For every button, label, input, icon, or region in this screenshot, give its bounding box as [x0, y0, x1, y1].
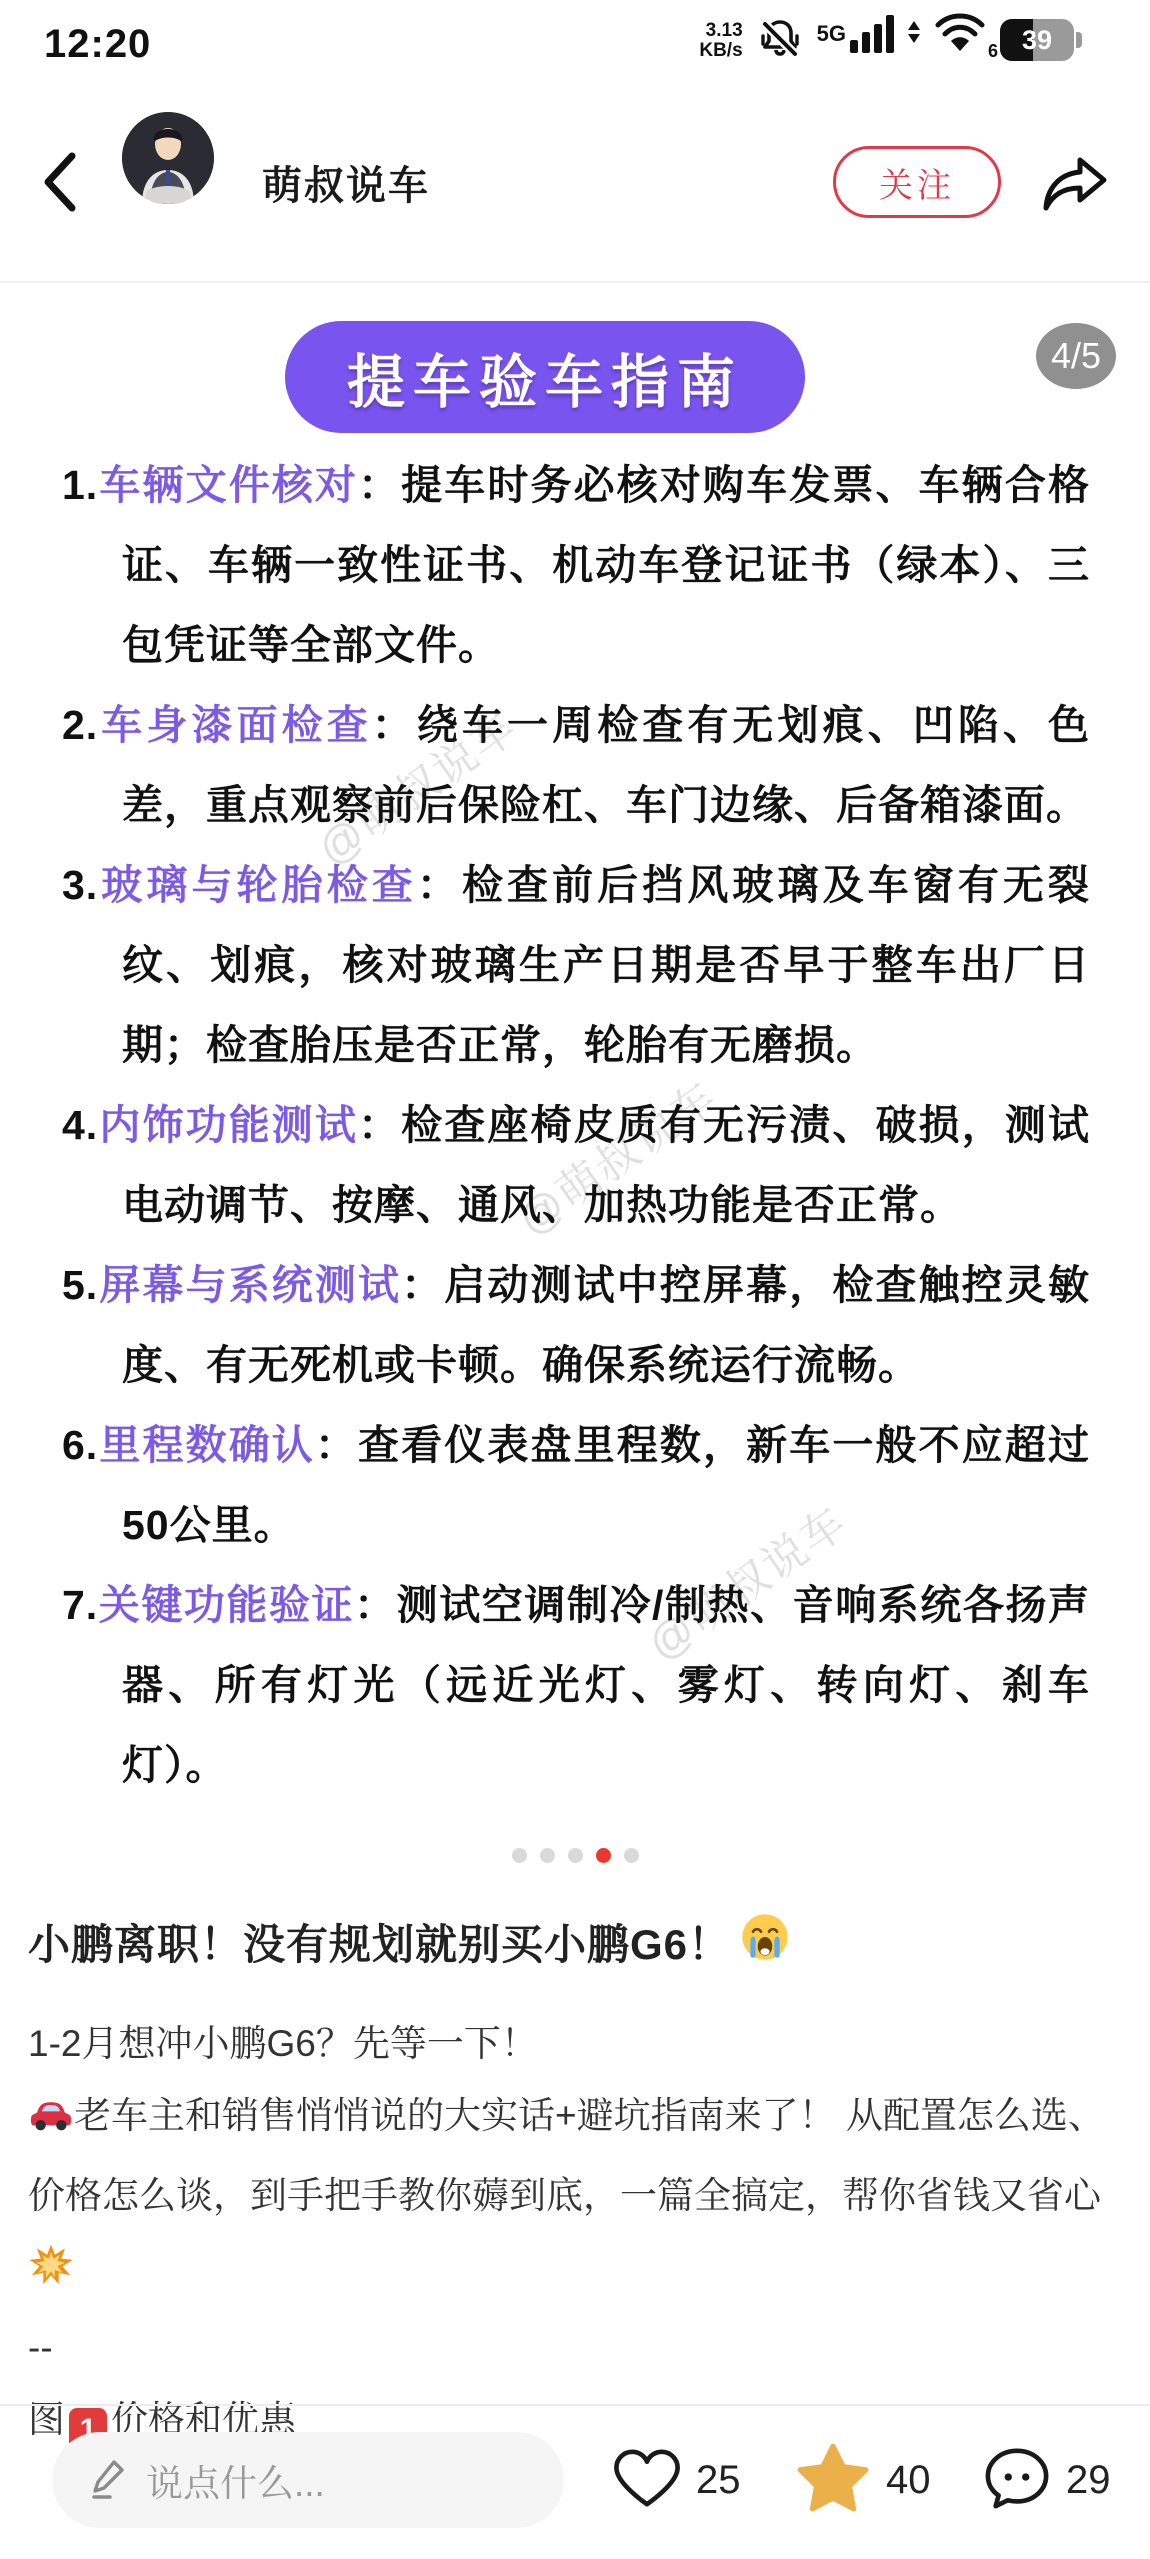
mute-bell-icon [757, 16, 803, 67]
body-paragraph: 老车主和销售悄悄说的大实话+避坑指南来了！ 从配置怎么选、价格怎么谈，到手把手教… [28, 2080, 1124, 2312]
comment-count: 29 [1066, 2458, 1111, 2503]
collision-emoji [28, 2240, 74, 2312]
checklist-item: 6.里程数确认：查看仪表盘里程数，新车一般不应超过50公里。 [62, 1405, 1090, 1565]
checklist-item: 7.关键功能验证：测试空调制冷/制热、音响系统各扬声器、所有灯光（远近光灯、雾灯… [62, 1565, 1090, 1805]
back-button[interactable] [38, 142, 90, 222]
pagination-dot-active [596, 1848, 611, 1863]
red-car-emoji [28, 2088, 74, 2160]
follow-button[interactable]: 关注 [833, 146, 1001, 218]
wifi-icon: 6 [934, 11, 986, 58]
inspection-checklist: 1.车辆文件核对：提车时务必核对购车发票、车辆合格证、车辆一致性证书、机动车登记… [62, 445, 1090, 1805]
loudly-crying-face-emoji [741, 1913, 789, 1971]
network-type-label: 5G [817, 21, 846, 47]
like-count: 25 [696, 2458, 741, 2503]
post-title: 小鹏离职！没有规划就别买小鹏G6！ [28, 1912, 1122, 1972]
battery-cap [1076, 32, 1082, 48]
like-button[interactable]: 25 [614, 2432, 741, 2528]
avatar[interactable] [122, 112, 214, 204]
battery-icon: 39 [1000, 19, 1074, 61]
body-dashes: -- [28, 2312, 1124, 2384]
collect-count: 40 [886, 2458, 931, 2503]
clock: 12:20 [44, 22, 151, 67]
status-icons: 3.13 KB/s 5G [699, 0, 1082, 82]
share-button[interactable] [1040, 150, 1110, 214]
chevron-left-icon [38, 150, 82, 214]
nav-header: 萌叔说车 关注 [0, 82, 1150, 282]
page-indicator-badge: 4/5 [1036, 323, 1116, 389]
battery-percent: 39 [1000, 19, 1074, 61]
body-line: 1-2月想冲小鹏G6？先等一下！ [28, 2008, 1124, 2080]
checklist-item: 2.车身漆面检查：绕车一周检查有无划痕、凹陷、色差，重点观察前后保险杠、车门边缘… [62, 685, 1090, 845]
comment-bubble-icon [984, 2446, 1050, 2515]
pagination-dot [624, 1848, 639, 1863]
status-bar: 12:20 3.13 KB/s 5G [0, 0, 1150, 82]
wifi-activity-arrows [908, 21, 920, 43]
comment-button[interactable]: 29 [984, 2432, 1111, 2528]
checklist-item: 4.内饰功能测试：检查座椅皮质有无污渍、破损，测试电动调节、按摩、通风、加热功能… [62, 1085, 1090, 1245]
collect-button[interactable]: 40 [796, 2432, 931, 2528]
app-screen: 12:20 3.13 KB/s 5G [0, 0, 1150, 2559]
post-body: 1-2月想冲小鹏G6？先等一下！ 老车主和销售悄悄说的大实话+避坑指南来了！ 从… [28, 2008, 1124, 2456]
share-arrow-icon [1040, 150, 1110, 214]
checklist-item: 5.屏幕与系统测试：启动测试中控屏幕，检查触控灵敏度、有无死机或卡顿。确保系统运… [62, 1245, 1090, 1405]
checklist-item: 3.玻璃与轮胎检查：检查前后挡风玻璃及车窗有无裂纹、划痕，核对玻璃生产日期是否早… [62, 845, 1090, 1085]
pagination-dot [568, 1848, 583, 1863]
pen-icon [88, 2456, 128, 2505]
wifi6-label: 6 [988, 41, 998, 62]
pagination-dot [540, 1848, 555, 1863]
note-image-slide[interactable]: 提车验车指南 4/5 @萌叔说车 @萌叔说车 @萌叔说车 1.车辆文件核对：提车… [0, 283, 1150, 1903]
pagination-dot [512, 1848, 527, 1863]
heart-icon [614, 2447, 680, 2514]
star-icon [796, 2443, 870, 2518]
signal-bars-icon [850, 13, 894, 53]
network-speed: 3.13 KB/s [699, 21, 742, 61]
comment-placeholder: 说点什么... [146, 2453, 325, 2507]
cellular-signal: 5G [817, 13, 894, 69]
carousel-pagination [0, 1848, 1150, 1863]
comment-input[interactable]: 说点什么... [52, 2432, 564, 2528]
checklist-item: 1.车辆文件核对：提车时务必核对购车发票、车辆合格证、车辆一致性证书、机动车登记… [62, 445, 1090, 685]
image-title-badge: 提车验车指南 [285, 321, 805, 433]
bottom-bar-divider [0, 2404, 1150, 2406]
username[interactable]: 萌叔说车 [262, 82, 430, 282]
